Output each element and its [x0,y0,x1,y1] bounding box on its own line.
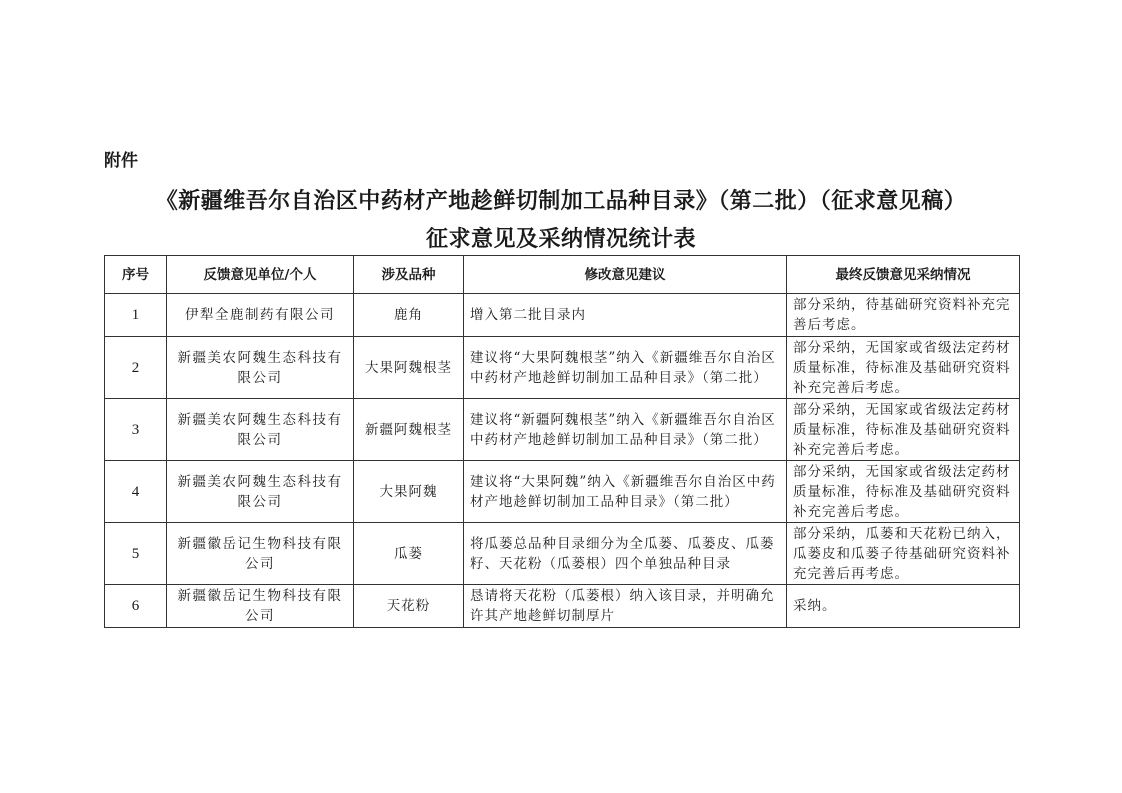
cell-result: 采纳。 [787,585,1020,628]
cell-unit: 新疆美农阿魏生态科技有限公司 [167,337,354,399]
cell-unit: 新疆美农阿魏生态科技有限公司 [167,461,354,523]
header-result: 最终反馈意见采纳情况 [787,256,1020,294]
table-row: 5 新疆徽岳记生物科技有限公司 瓜蒌 将瓜蒌总品种目录细分为全瓜蒌、瓜蒌皮、瓜蒌… [105,523,1020,585]
cell-result: 部分采纳，瓜蒌和天花粉已纳入，瓜蒌皮和瓜蒌子待基础研究资料补充完善后再考虑。 [787,523,1020,585]
header-unit: 反馈意见单位/个人 [167,256,354,294]
cell-suggestion: 建议将“大果阿魏根茎”纳入《新疆维吾尔自治区中药材产地趁鲜切制加工品种目录》（第… [464,337,787,399]
header-variety: 涉及品种 [354,256,464,294]
cell-suggestion: 增入第二批目录内 [464,294,787,337]
cell-num: 2 [105,337,167,399]
cell-unit: 新疆美农阿魏生态科技有限公司 [167,399,354,461]
cell-num: 6 [105,585,167,628]
feedback-table: 序号 反馈意见单位/个人 涉及品种 修改意见建议 最终反馈意见采纳情况 1 伊犁… [104,255,1020,628]
table-row: 6 新疆徽岳记生物科技有限公司 天花粉 恳请将天花粉（瓜蒌根）纳入该目录，并明确… [105,585,1020,628]
table-row: 2 新疆美农阿魏生态科技有限公司 大果阿魏根茎 建议将“大果阿魏根茎”纳入《新疆… [105,337,1020,399]
cell-unit: 新疆徽岳记生物科技有限公司 [167,523,354,585]
document-title: 《新疆维吾尔自治区中药材产地趁鲜切制加工品种目录》（第二批）（征求意见稿） [0,184,1122,215]
header-suggestion: 修改意见建议 [464,256,787,294]
attachment-label: 附件 [104,146,138,171]
cell-num: 5 [105,523,167,585]
header-num: 序号 [105,256,167,294]
cell-result: 部分采纳，无国家或省级法定药材质量标准，待标准及基础研究资料补充完善后考虑。 [787,461,1020,523]
cell-suggestion: 建议将“新疆阿魏根茎”纳入《新疆维吾尔自治区中药材产地趁鲜切制加工品种目录》（第… [464,399,787,461]
cell-suggestion: 建议将“大果阿魏”纳入《新疆维吾尔自治区中药材产地趁鲜切制加工品种目录》（第二批… [464,461,787,523]
cell-result: 部分采纳，无国家或省级法定药材质量标准，待标准及基础研究资料补充完善后考虑。 [787,399,1020,461]
table-row: 4 新疆美农阿魏生态科技有限公司 大果阿魏 建议将“大果阿魏”纳入《新疆维吾尔自… [105,461,1020,523]
cell-variety: 鹿角 [354,294,464,337]
cell-variety: 瓜蒌 [354,523,464,585]
table-row: 1 伊犁全鹿制药有限公司 鹿角 增入第二批目录内 部分采纳，待基础研究资料补充完… [105,294,1020,337]
table-row: 3 新疆美农阿魏生态科技有限公司 新疆阿魏根茎 建议将“新疆阿魏根茎”纳入《新疆… [105,399,1020,461]
table-header-row: 序号 反馈意见单位/个人 涉及品种 修改意见建议 最终反馈意见采纳情况 [105,256,1020,294]
cell-num: 3 [105,399,167,461]
cell-variety: 大果阿魏根茎 [354,337,464,399]
cell-variety: 大果阿魏 [354,461,464,523]
cell-variety: 新疆阿魏根茎 [354,399,464,461]
cell-suggestion: 恳请将天花粉（瓜蒌根）纳入该目录，并明确允许其产地趁鲜切制厚片 [464,585,787,628]
cell-variety: 天花粉 [354,585,464,628]
cell-result: 部分采纳，待基础研究资料补充完善后考虑。 [787,294,1020,337]
cell-unit: 伊犁全鹿制药有限公司 [167,294,354,337]
cell-suggestion: 将瓜蒌总品种目录细分为全瓜蒌、瓜蒌皮、瓜蒌籽、天花粉（瓜蒌根）四个单独品种目录 [464,523,787,585]
cell-num: 1 [105,294,167,337]
cell-result: 部分采纳，无国家或省级法定药材质量标准，待标准及基础研究资料补充完善后考虑。 [787,337,1020,399]
cell-unit: 新疆徽岳记生物科技有限公司 [167,585,354,628]
cell-num: 4 [105,461,167,523]
document-subtitle: 征求意见及采纳情况统计表 [0,222,1122,253]
